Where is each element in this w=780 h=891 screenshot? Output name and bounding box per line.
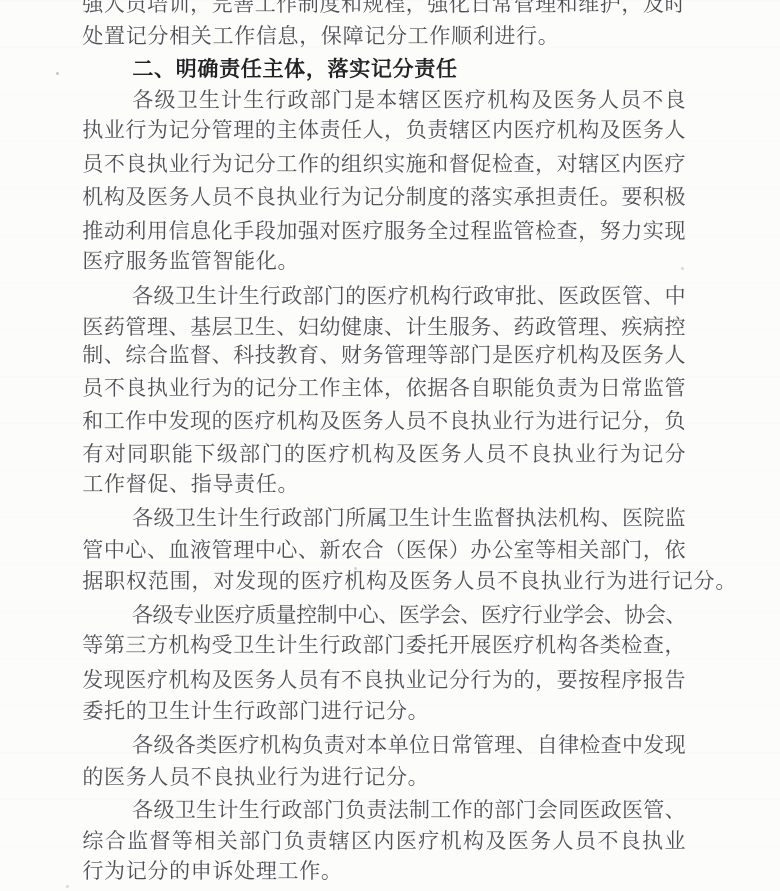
text-line: 各级卫生计生行政部门是本辖区医疗机构及医务人员不良 xyxy=(82,84,686,116)
text-line: 委托的卫生计生行政部门进行记分。 xyxy=(82,695,686,727)
text-line: 机构及医务人员不良执业行为记分制度的落实承担责任。要积极 xyxy=(82,181,686,213)
text-line: 综合监督等相关部门负责辖区内医疗机构及医务人员不良执业 xyxy=(82,825,686,857)
text-line: 处置记分相关工作信息，保障记分工作顺利进行。 xyxy=(82,20,686,52)
text-line: 医疗服务监管智能化。 xyxy=(82,245,686,277)
scan-speck xyxy=(66,885,69,888)
text-line: 有对同职能下级部门的医疗机构及医务人员不良执业行为记分 xyxy=(82,438,686,470)
text-line: 推动利用信息化手段加强对医疗服务全过程监管检查，努力实现 xyxy=(82,215,686,247)
text-line: 员不良执业行为的记分工作主体，依据各自职能负责为日常监管 xyxy=(82,372,686,404)
scan-speck xyxy=(354,567,357,570)
text-line: 管中心、血液管理中心、新农合（医保）办公室等相关部门，依 xyxy=(82,534,686,566)
text-line: 员不良执业行为记分工作的组织实施和督促检查，对辖区内医疗 xyxy=(82,148,686,180)
text-line: 行为记分的申诉处理工作。 xyxy=(82,855,686,887)
section-heading: 二、明确责任主体，落实记分责任 xyxy=(82,54,686,86)
text-line: 各级专业医疗质量控制中心、医学会、医疗行业学会、协会、 xyxy=(82,599,686,631)
scanned-document-page: 强人员培训，完善工作制度和规程，强化日常管理和维护，及时处置记分相关工作信息，保… xyxy=(0,0,780,891)
text-line: 等第三方机构受卫生计生行政部门委托开展医疗机构各类检查， xyxy=(82,629,686,661)
scan-speck xyxy=(679,201,683,204)
scan-speck xyxy=(681,267,684,270)
text-line: 各级卫生计生行政部门所属卫生计生监督执法机构、医院监 xyxy=(82,502,686,534)
text-line: 制、综合监督、科技教育、财务管理等部门是医疗机构及医务人 xyxy=(82,339,686,371)
text-line: 各级各类医疗机构负责对本单位日常管理、自律检查中发现 xyxy=(82,729,686,761)
text-line: 工作督促、指导责任。 xyxy=(82,468,686,500)
text-line: 各级卫生计生行政部门负责法制工作的部门会同医政医管、 xyxy=(82,794,686,826)
text-line: 执业行为记分管理的主体责任人，负责辖区内医疗机构及医务人 xyxy=(82,114,686,146)
text-line: 据职权范围，对发现的医疗机构及医务人员不良执业行为进行记分。 xyxy=(82,565,737,597)
text-line: 发现医疗机构及医务人员有不良执业记分行为的，要按程序报告 xyxy=(82,664,686,696)
text-line: 和工作中发现的医疗机构及医务人员不良执业行为进行记分，负 xyxy=(82,405,686,437)
text-line: 强人员培训，完善工作制度和规程，强化日常管理和维护，及时 xyxy=(82,0,686,20)
text-line: 各级卫生计生行政部门的医疗机构行政审批、医政医管、中 xyxy=(82,280,686,312)
text-line: 的医务人员不良执业行为进行记分。 xyxy=(82,761,686,793)
scan-speck xyxy=(56,72,59,75)
